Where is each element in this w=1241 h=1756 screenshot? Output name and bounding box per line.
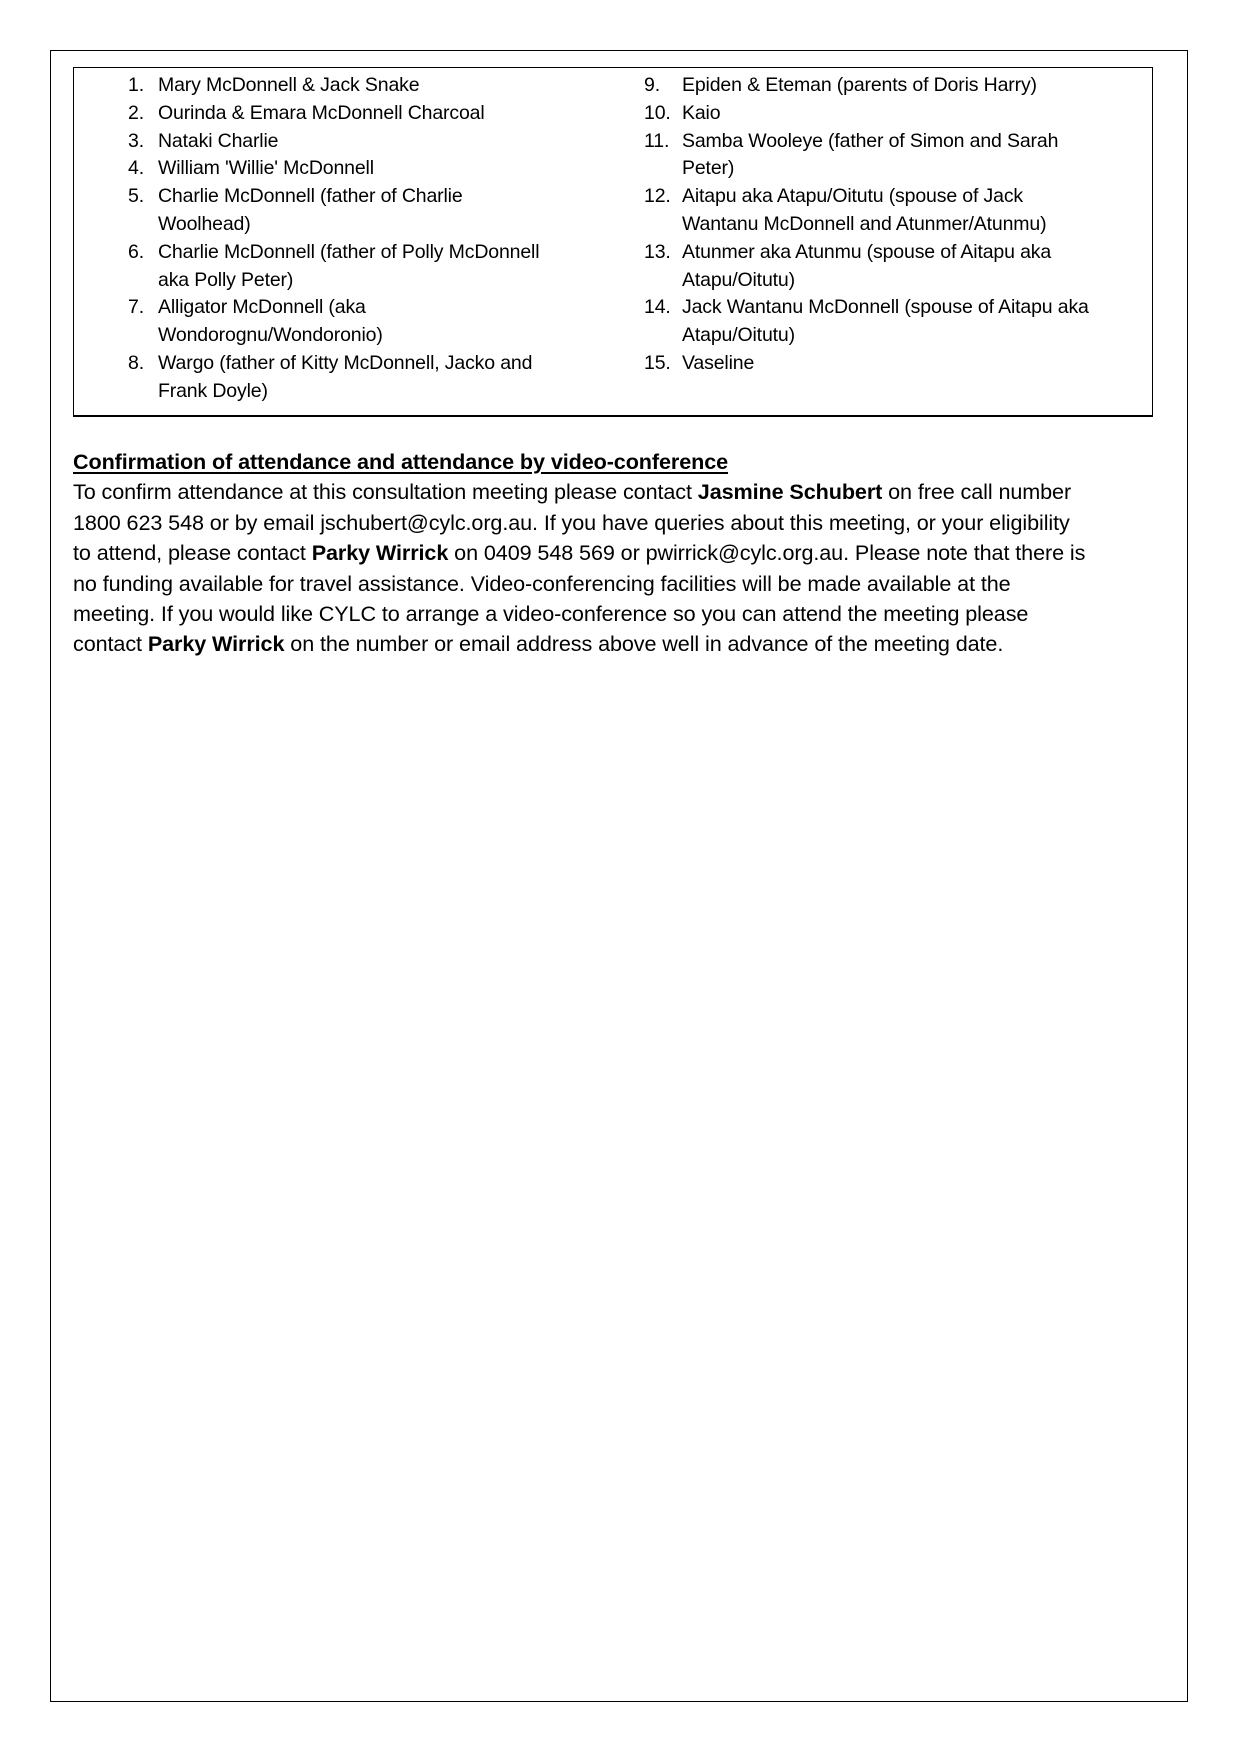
list-item-text: Mary McDonnell & Jack Snake xyxy=(158,72,592,100)
list-item: 1.Mary McDonnell & Jack Snake xyxy=(122,72,592,100)
list-item-number: 11. xyxy=(644,128,682,184)
paragraph-line: to attend, please contact Parky Wirrick … xyxy=(73,538,1173,568)
list-item: 15.Vaseline xyxy=(644,350,1124,378)
list-item-number: 12. xyxy=(644,183,682,239)
list-item: 3.Nataki Charlie xyxy=(122,128,592,156)
list-item: 6.Charlie McDonnell (father of Polly McD… xyxy=(122,239,592,295)
list-item-text: Charlie McDonnell (father of CharlieWool… xyxy=(158,183,592,239)
list-item-text: Charlie McDonnell (father of Polly McDon… xyxy=(158,239,592,295)
names-list-right-column: 9.Epiden & Eteman (parents of Doris Harr… xyxy=(644,72,1124,378)
list-item-text: Atunmer aka Atunmu (spouse of Aitapu aka… xyxy=(682,239,1124,295)
list-item-number: 8. xyxy=(122,350,158,406)
list-item-text: Alligator McDonnell (akaWondorognu/Wondo… xyxy=(158,294,592,350)
paragraph-text: on free call number xyxy=(882,479,1071,504)
paragraph-text: To confirm attendance at this consultati… xyxy=(73,479,698,504)
list-item-number: 1. xyxy=(122,72,158,100)
list-item-number: 4. xyxy=(122,155,158,183)
list-item-number: 13. xyxy=(644,239,682,295)
list-item: 10.Kaio xyxy=(644,100,1124,128)
names-list-left-column: 1.Mary McDonnell & Jack Snake2.Ourinda &… xyxy=(122,72,592,406)
list-item: 8.Wargo (father of Kitty McDonnell, Jack… xyxy=(122,350,592,406)
list-item-text: Wargo (father of Kitty McDonnell, Jacko … xyxy=(158,350,592,406)
list-item-number: 14. xyxy=(644,294,682,350)
list-item-number: 15. xyxy=(644,350,682,378)
contact-name: Parky Wirrick xyxy=(312,540,449,565)
list-item-text: William 'Willie' McDonnell xyxy=(158,155,592,183)
list-item: 7.Alligator McDonnell (akaWondorognu/Won… xyxy=(122,294,592,350)
list-item: 12.Aitapu aka Atapu/Oitutu (spouse of Ja… xyxy=(644,183,1124,239)
list-item-number: 2. xyxy=(122,100,158,128)
names-list-box: 1.Mary McDonnell & Jack Snake2.Ourinda &… xyxy=(73,67,1153,417)
paragraph-text: on the number or email address above wel… xyxy=(284,631,1003,656)
list-item-text: Kaio xyxy=(682,100,1124,128)
list-item: 13.Atunmer aka Atunmu (spouse of Aitapu … xyxy=(644,239,1124,295)
list-item-number: 9. xyxy=(644,72,682,100)
list-item: 4.William 'Willie' McDonnell xyxy=(122,155,592,183)
list-item-text: Vaseline xyxy=(682,350,1124,378)
paragraph-line: contact Parky Wirrick on the number or e… xyxy=(73,629,1173,659)
list-item-text: Samba Wooleye (father of Simon and Sarah… xyxy=(682,128,1124,184)
paragraph-text: 1800 623 548 or by email jschubert@cylc.… xyxy=(73,510,1070,535)
list-item: 5.Charlie McDonnell (father of CharlieWo… xyxy=(122,183,592,239)
paragraph-line: no funding available for travel assistan… xyxy=(73,569,1173,599)
list-item: 11.Samba Wooleye (father of Simon and Sa… xyxy=(644,128,1124,184)
paragraph-text: no funding available for travel assistan… xyxy=(73,571,1011,596)
paragraph-text: to attend, please contact xyxy=(73,540,312,565)
attendance-section: Confirmation of attendance and attendanc… xyxy=(73,447,1173,660)
contact-name: Jasmine Schubert xyxy=(698,479,882,504)
paragraph-line: To confirm attendance at this consultati… xyxy=(73,477,1173,507)
paragraph-text: meeting. If you would like CYLC to arran… xyxy=(73,601,1028,626)
paragraph-line: meeting. If you would like CYLC to arran… xyxy=(73,599,1173,629)
attendance-heading: Confirmation of attendance and attendanc… xyxy=(73,447,1173,477)
contact-name: Parky Wirrick xyxy=(148,631,285,656)
list-item-number: 6. xyxy=(122,239,158,295)
list-item-number: 10. xyxy=(644,100,682,128)
list-item: 14.Jack Wantanu McDonnell (spouse of Ait… xyxy=(644,294,1124,350)
list-item-number: 5. xyxy=(122,183,158,239)
list-item-text: Ourinda & Emara McDonnell Charcoal xyxy=(158,100,592,128)
paragraph-text: on 0409 548 569 or pwirrick@cylc.org.au.… xyxy=(448,540,1085,565)
list-item-number: 7. xyxy=(122,294,158,350)
list-item-text: Aitapu aka Atapu/Oitutu (spouse of JackW… xyxy=(682,183,1124,239)
list-item-text: Epiden & Eteman (parents of Doris Harry) xyxy=(682,72,1124,100)
list-item-number: 3. xyxy=(122,128,158,156)
list-item-text: Jack Wantanu McDonnell (spouse of Aitapu… xyxy=(682,294,1124,350)
list-item: 2.Ourinda & Emara McDonnell Charcoal xyxy=(122,100,592,128)
paragraph-text: contact xyxy=(73,631,148,656)
list-item-text: Nataki Charlie xyxy=(158,128,592,156)
paragraph-line: 1800 623 548 or by email jschubert@cylc.… xyxy=(73,508,1173,538)
list-item: 9.Epiden & Eteman (parents of Doris Harr… xyxy=(644,72,1124,100)
attendance-body: To confirm attendance at this consultati… xyxy=(73,477,1173,659)
